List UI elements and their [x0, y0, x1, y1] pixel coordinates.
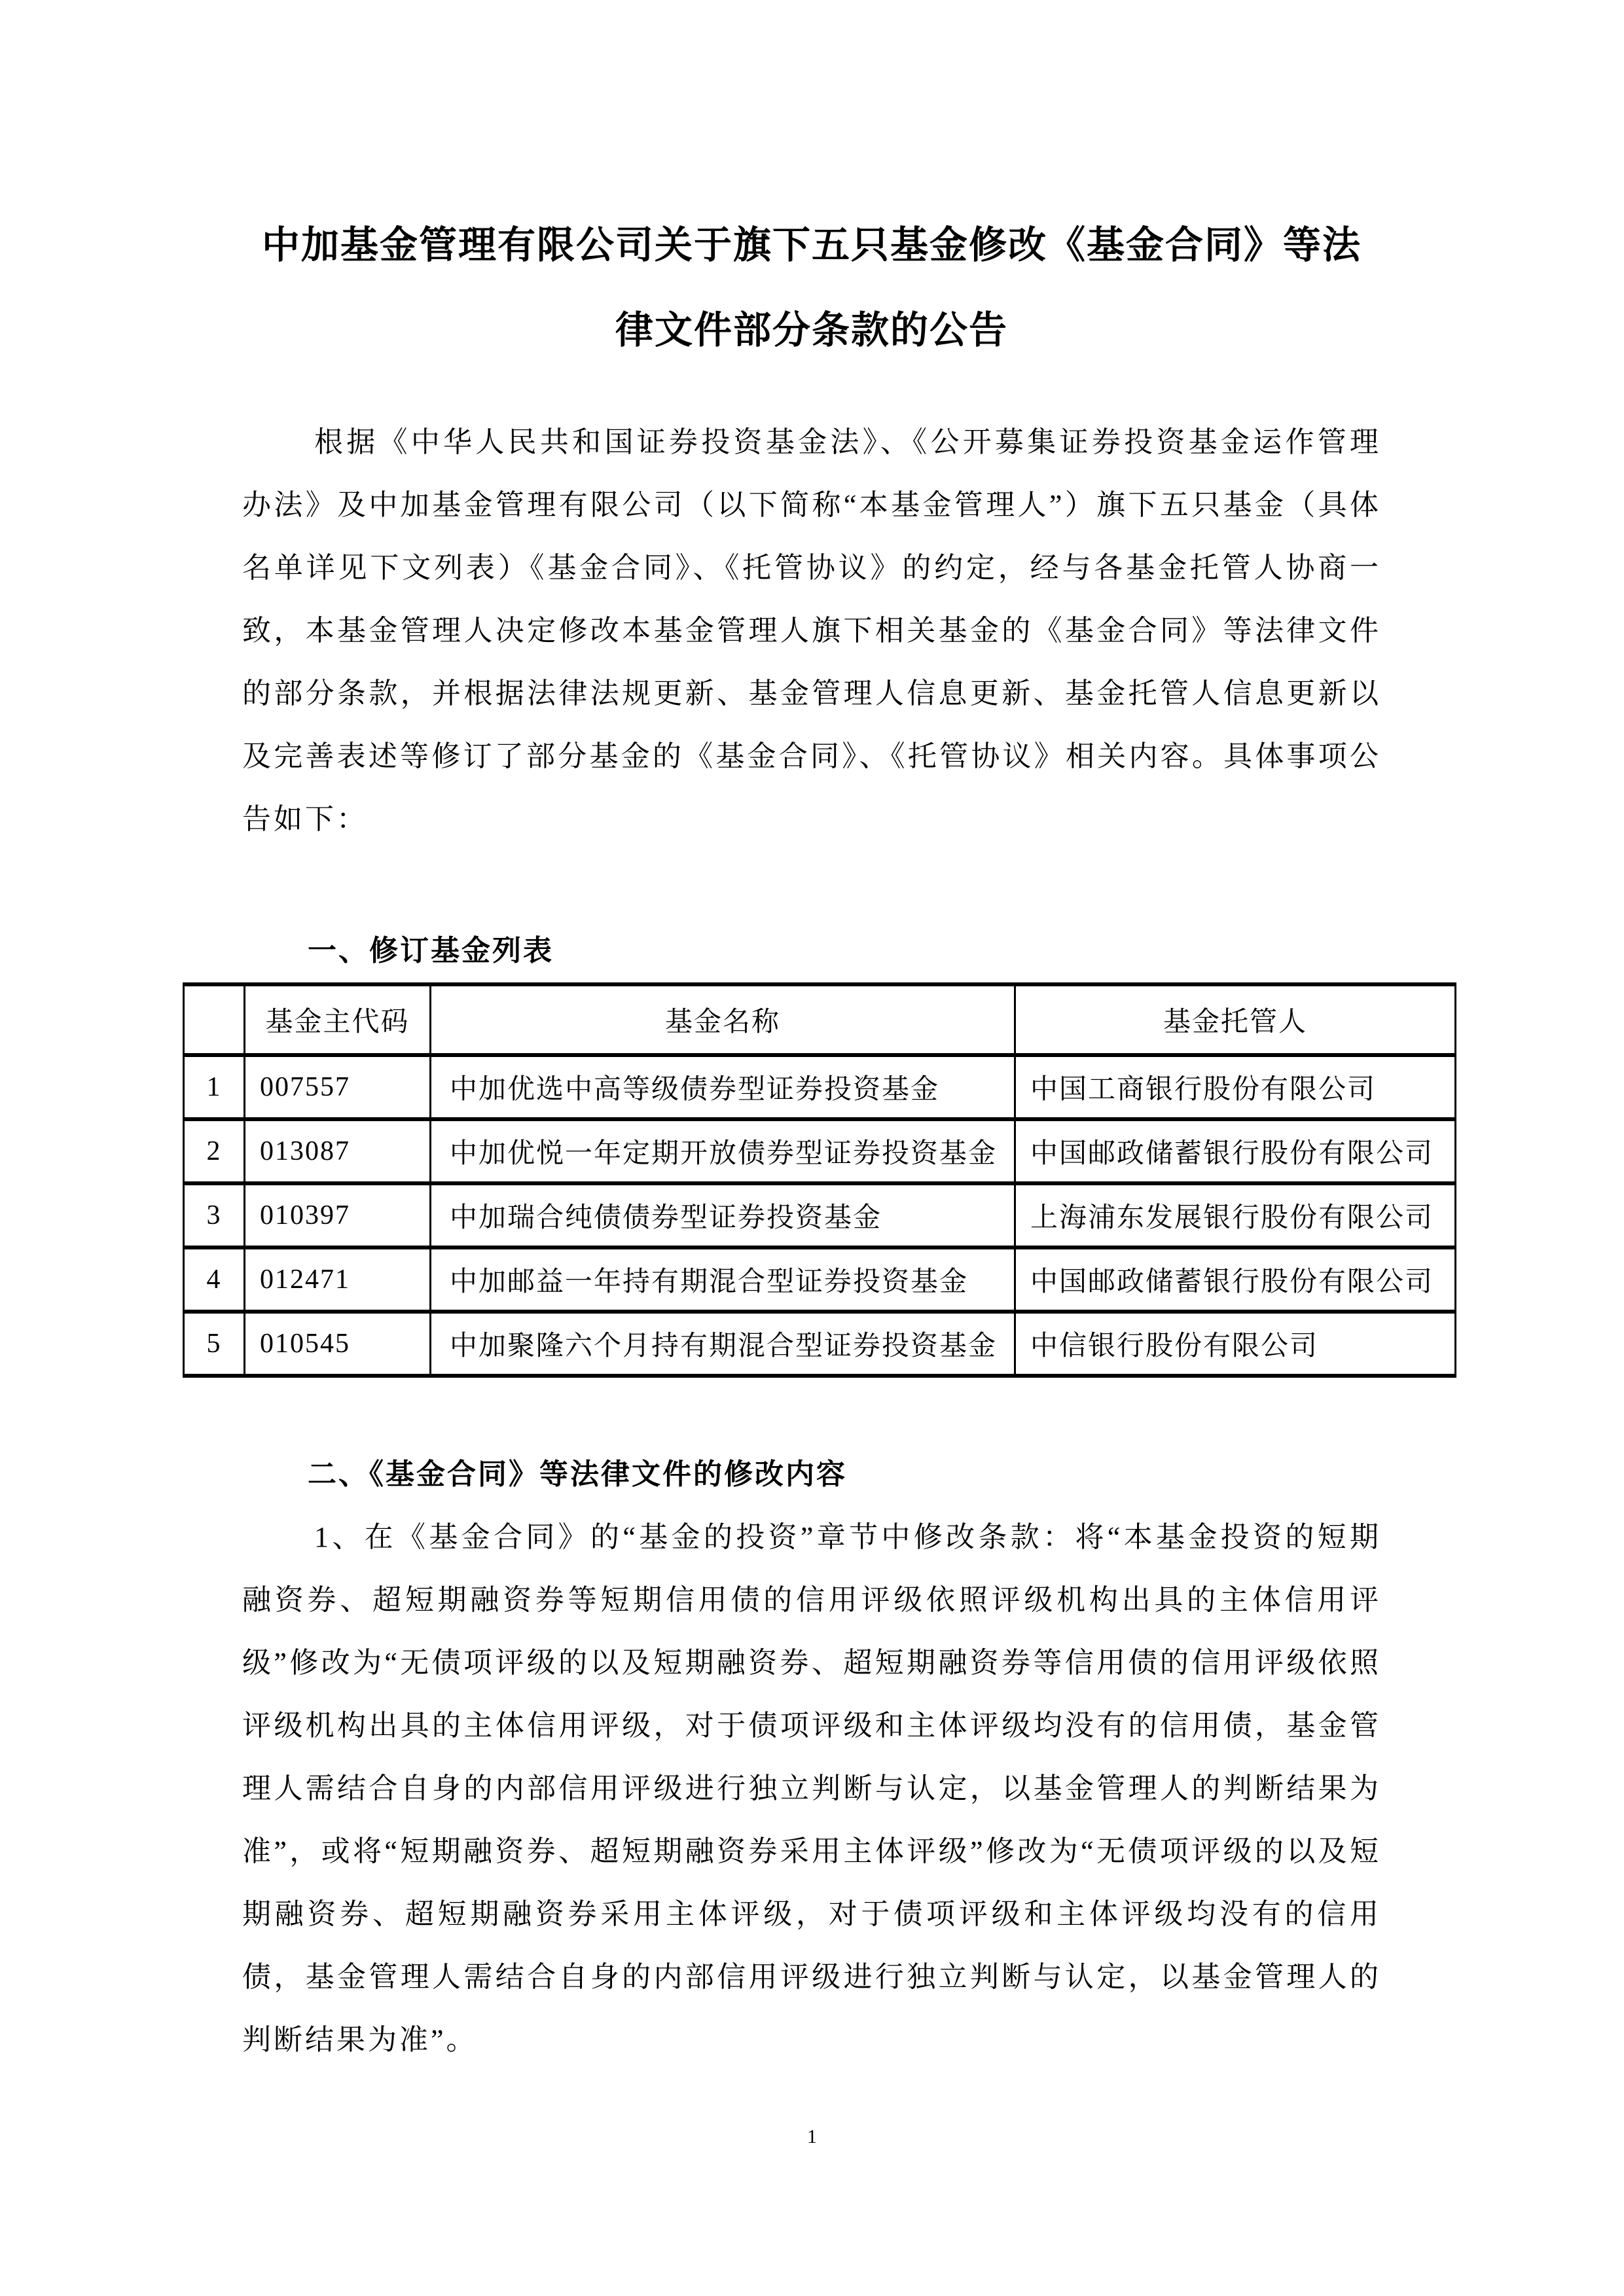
- document-title-line-1: 中加基金管理有限公司关于旗下五只基金修改《基金合同》等法: [242, 203, 1381, 288]
- table-row: 4 012471 中加邮益一年持有期混合型证券投资基金 中国邮政储蓄银行股份有限…: [184, 1247, 1456, 1312]
- page-content: 中加基金管理有限公司关于旗下五只基金修改《基金合同》等法 律文件部分条款的公告 …: [0, 0, 1624, 2072]
- header-cell-fund-trustee: 基金托管人: [1015, 984, 1456, 1055]
- fund-table: 基金主代码 基金名称 基金托管人 1 007557 中加优选中高等级债券型证券投…: [183, 982, 1456, 1378]
- fund-name-cell: 中加优悦一年定期开放债券型证券投资基金: [431, 1119, 1015, 1183]
- fund-code-cell: 012471: [245, 1247, 431, 1312]
- header-cell-index: [184, 984, 245, 1055]
- fund-code-cell: 013087: [245, 1119, 431, 1183]
- section2-paragraph: 1、在《基金合同》的“基金的投资”章节中修改条款：将“本基金投资的短期融资券、超…: [242, 1506, 1381, 2072]
- row-index-cell: 2: [184, 1119, 245, 1183]
- row-index-cell: 4: [184, 1247, 245, 1312]
- table-header-row: 基金主代码 基金名称 基金托管人: [184, 984, 1456, 1055]
- fund-name-cell: 中加聚隆六个月持有期混合型证券投资基金: [431, 1312, 1015, 1376]
- fund-trustee-cell: 中国工商银行股份有限公司: [1015, 1055, 1456, 1119]
- fund-trustee-cell: 中信银行股份有限公司: [1015, 1312, 1456, 1376]
- fund-trustee-cell: 上海浦东发展银行股份有限公司: [1015, 1183, 1456, 1247]
- row-index-cell: 5: [184, 1312, 245, 1376]
- fund-trustee-cell: 中国邮政储蓄银行股份有限公司: [1015, 1119, 1456, 1183]
- document-title: 中加基金管理有限公司关于旗下五只基金修改《基金合同》等法 律文件部分条款的公告: [242, 203, 1381, 373]
- intro-paragraph: 根据《中华人民共和国证券投资基金法》、《公开募集证券投资基金运作管理办法》及中加…: [242, 411, 1381, 851]
- fund-code-cell: 007557: [245, 1055, 431, 1119]
- table-row: 5 010545 中加聚隆六个月持有期混合型证券投资基金 中信银行股份有限公司: [184, 1312, 1456, 1376]
- document-page: 中加基金管理有限公司关于旗下五只基金修改《基金合同》等法 律文件部分条款的公告 …: [0, 0, 1624, 2296]
- row-index-cell: 1: [184, 1055, 245, 1119]
- fund-name-cell: 中加邮益一年持有期混合型证券投资基金: [431, 1247, 1015, 1312]
- section2-heading: 二、《基金合同》等法律文件的修改内容: [242, 1443, 1381, 1506]
- header-cell-fund-name: 基金名称: [431, 984, 1015, 1055]
- section1-heading: 一、修订基金列表: [242, 920, 1381, 982]
- page-number: 1: [0, 2126, 1624, 2148]
- table-row: 2 013087 中加优悦一年定期开放债券型证券投资基金 中国邮政储蓄银行股份有…: [184, 1119, 1456, 1183]
- fund-table-wrapper: 基金主代码 基金名称 基金托管人 1 007557 中加优选中高等级债券型证券投…: [183, 982, 1454, 1378]
- fund-name-cell: 中加瑞合纯债债券型证券投资基金: [431, 1183, 1015, 1247]
- fund-code-cell: 010397: [245, 1183, 431, 1247]
- row-index-cell: 3: [184, 1183, 245, 1247]
- table-row: 1 007557 中加优选中高等级债券型证券投资基金 中国工商银行股份有限公司: [184, 1055, 1456, 1119]
- fund-trustee-cell: 中国邮政储蓄银行股份有限公司: [1015, 1247, 1456, 1312]
- document-title-line-2: 律文件部分条款的公告: [242, 288, 1381, 373]
- table-row: 3 010397 中加瑞合纯债债券型证券投资基金 上海浦东发展银行股份有限公司: [184, 1183, 1456, 1247]
- fund-name-cell: 中加优选中高等级债券型证券投资基金: [431, 1055, 1015, 1119]
- fund-code-cell: 010545: [245, 1312, 431, 1376]
- header-cell-fund-code: 基金主代码: [245, 984, 431, 1055]
